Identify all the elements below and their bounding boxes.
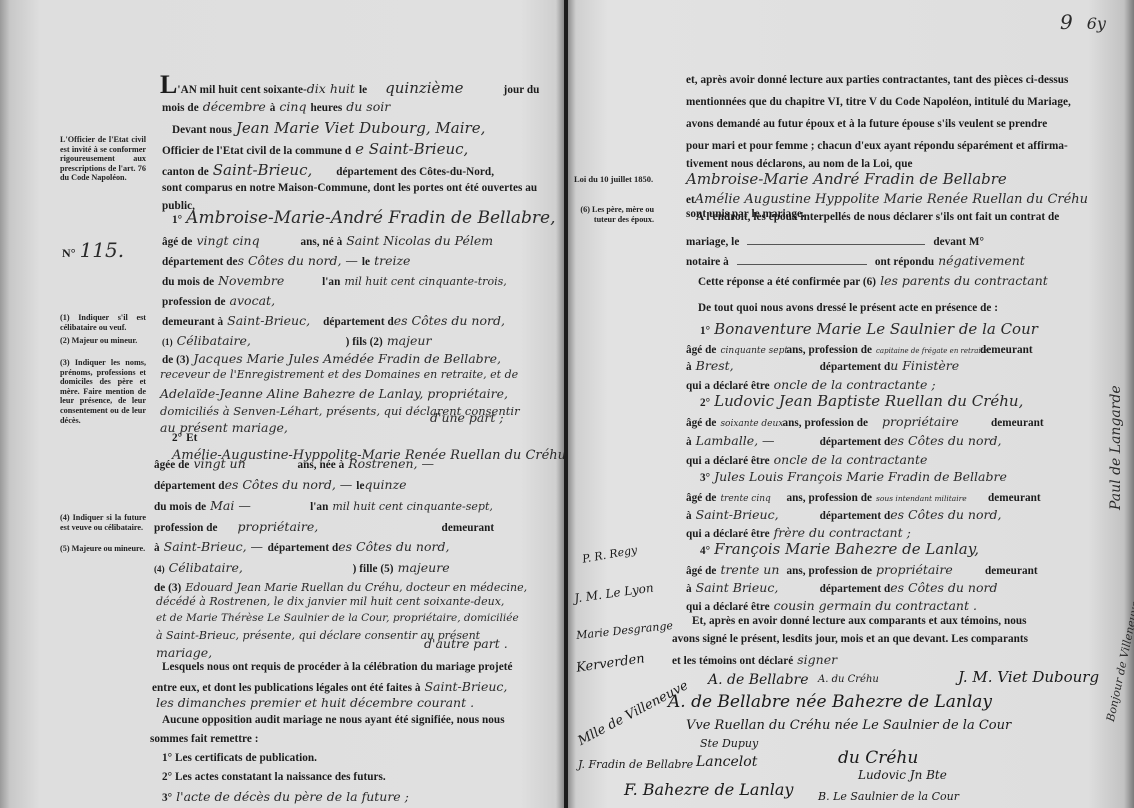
- bride-age-line: âgée de vingt un ans, née à Rostrenen, —: [154, 455, 434, 473]
- witness-4-age-line: âgé de trente un ans, profession de prop…: [686, 561, 1038, 579]
- margin-note-1: (1) Indiquer s'il est célibataire ou veu…: [60, 313, 146, 332]
- reading-line-1: et, après avoir donné lecture aux partie…: [686, 74, 1068, 86]
- reading-line-4: pour mari et pour femme ; chacun d'eux a…: [686, 140, 1068, 152]
- signature: P. R. Regy: [581, 543, 638, 565]
- bride-name-declared: etAmélie Augustine Hyppolite Marie Renée…: [686, 190, 1088, 208]
- signature: F. Bahezre de Lanlay: [624, 780, 793, 799]
- contract-line-2: mariage, le devant M°: [686, 232, 984, 250]
- publications-line-1: Lesquels nous ont requis de procéder à l…: [162, 661, 513, 673]
- publications-line-2: entre eux, et dont les publications léga…: [152, 678, 507, 696]
- signature: Marie Desgrange: [576, 619, 674, 642]
- bride-dept-line: département des Côtes du nord, — lequinz…: [154, 476, 407, 494]
- groom-parents-line-3: Adelaïde-Jeanne Aline Bahezre de Lanlay,…: [160, 386, 508, 401]
- groom-parents-line-1: de (3) Jacques Marie Jules Amédée Fradin…: [162, 350, 501, 368]
- signature: J. M. Le Lyon: [573, 581, 654, 606]
- contract-line-4: Cette réponse a été confirmée par (6) le…: [698, 272, 1048, 290]
- intro-line-4: Officier de l'Etat civil de la commune d…: [162, 140, 468, 159]
- reading-line-3: avons demandé au futur époux et à la fut…: [686, 118, 1047, 130]
- bride-birth-month-line: du mois de Mai — l'an mil huit cent cinq…: [154, 497, 493, 515]
- groom-residence-line: demeurant à Saint-Brieuc, département de…: [162, 312, 505, 330]
- document-item-1: 1° Les certificats de publication.: [162, 752, 317, 764]
- signature: A. de Bellabre née Bahezre de Lanlay: [668, 692, 992, 712]
- bride-parents-line-1: de (3) Edouard Jean Marie Ruellan du Cré…: [154, 578, 527, 596]
- groom-parents-line-2: receveur de l'Enregistrement et des Doma…: [160, 368, 518, 381]
- margin-vertical-note-2: Bonjour de Villeneuve: [1104, 600, 1134, 723]
- signature: Kerverden: [575, 651, 645, 675]
- intro-line-1: L'AN mil huit cent soixante-dix huit le …: [160, 74, 539, 98]
- closing-line-3: et les témoins ont déclaré signer: [672, 651, 837, 669]
- witness-4-relation-line: qui a déclaré être cousin germain du con…: [686, 597, 977, 615]
- contract-line-3: notaire à ont répondu négativement: [686, 252, 1025, 270]
- groom-name-declared: Ambroise-Marie André Fradin de Bellabre: [686, 170, 1007, 188]
- bride-parents-line-5: mariage,: [156, 645, 212, 660]
- witness-3-residence-line: à Saint-Brieuc, département des Côtes du…: [686, 506, 1001, 524]
- right-page: 9 6y Loi du 10 juillet 1850. (6) Les pèr…: [568, 0, 1134, 808]
- margin-note-article-76: L'Officier de l'Etat civil est invité à …: [60, 135, 146, 183]
- margin-note-5: (5) Majeure ou mineure.: [60, 544, 146, 554]
- signature: A. de Bellabre: [708, 672, 809, 688]
- witness-3-name-line: 3° Jules Louis François Marie Fradin de …: [700, 468, 1007, 486]
- bride-part-label: d'autre part .: [424, 636, 508, 651]
- bride-residence-line: à Saint-Brieuc, — département des Côtes …: [154, 538, 449, 556]
- groom-birth-month-line: du mois de Novembre l'an mil huit cent c…: [162, 272, 507, 290]
- witness-2-name-line: 2° Ludovic Jean Baptiste Ruellan du Créh…: [700, 392, 1023, 411]
- reading-line-5: tivement nous déclarons, au nom de la Lo…: [686, 158, 913, 170]
- witness-4-name-line: 4° François Marie Bahezre de Lanlay,: [700, 540, 979, 559]
- margin-note-6: (6) Les père, mère ou tuteur des époux.: [574, 205, 654, 224]
- publications-line-3: les dimanches premier et huit décembre c…: [156, 695, 474, 710]
- closing-line-1: Et, après en avoir donné lecture aux com…: [692, 615, 1027, 627]
- signature: J. Fradin de Bellabre: [578, 758, 693, 771]
- witness-2-relation-line: qui a déclaré être oncle de la contracta…: [686, 451, 927, 469]
- margin-note-3: (3) Indiquer les noms, prénoms, professi…: [60, 358, 146, 425]
- groom-name-line: 1° Ambroise-Marie-André Fradin de Bellab…: [172, 208, 556, 228]
- witnesses-intro: De tout quoi nous avons dressé le présen…: [698, 302, 998, 314]
- signature: J. M. Viet Dubourg: [958, 668, 1099, 686]
- witness-1-residence-line: à Brest, département du Finistère: [686, 357, 959, 375]
- groom-age-line: âgé de vingt cinq ans, né à Saint Nicola…: [162, 232, 493, 250]
- bride-status-line: (4) Célibataire, ) fille (5) majeure: [154, 559, 450, 577]
- document-item-3: 3° l'acte de décès du père de la future …: [162, 788, 409, 806]
- margin-note-2: (2) Majeur ou mineur.: [60, 336, 146, 346]
- opposition-line-1: Aucune opposition audit mariage ne nous …: [162, 714, 505, 726]
- signature: Ste Dupuy: [700, 737, 758, 750]
- witness-3-age-line: âgé de trente cinq ans, profession de so…: [686, 488, 1041, 506]
- closing-line-2: avons signé le présent, lesdits jour, mo…: [672, 633, 1028, 645]
- bride-parents-line-2: décédé à Rostrenen, le dix janvier mil h…: [156, 595, 504, 608]
- intro-line-6: sont comparus en notre Maison-Commune, d…: [162, 182, 537, 194]
- opposition-line-2: sommes fait remettre :: [150, 733, 258, 745]
- document-item-2: 2° Les actes constatant la naissance des…: [162, 771, 386, 783]
- groom-status-line: (1) Célibataire, ) fils (2) majeur: [162, 332, 431, 350]
- act-number: N° 115.: [62, 238, 124, 262]
- signature: Lancelot: [696, 754, 757, 770]
- witness-4-residence-line: à Saint Brieuc, département des Côtes du…: [686, 579, 997, 597]
- contract-line-1: A l'endroit, les époux interpellés de no…: [696, 211, 1059, 223]
- signature: A. du Créhu: [818, 674, 879, 685]
- witness-2-age-line: âgé de soixante deux ans, profession de …: [686, 413, 1044, 431]
- groom-part-label: d'une part ;: [430, 410, 504, 425]
- intro-line-5: canton de Saint-Brieuc, département des …: [162, 161, 494, 180]
- margin-vertical-note: Paul de Langarde: [1108, 385, 1124, 510]
- bride-parents-line-3: et de Marie Thérèse Le Saulnier de la Co…: [156, 612, 519, 624]
- intro-line-2: mois de décembre à cinq heures du soir: [162, 98, 390, 116]
- groom-dept-line: département des Côtes du nord, — le trei…: [162, 252, 410, 270]
- margin-note-law-1850: Loi du 10 juillet 1850.: [574, 175, 654, 185]
- left-page: L'Officier de l'Etat civil est invité à …: [0, 0, 564, 808]
- intro-line-3: Devant nous Jean Marie Viet Dubourg, Mai…: [172, 119, 485, 138]
- witness-2-residence-line: à Lamballe, — département des Côtes du n…: [686, 432, 1001, 450]
- signature: Mlle de Villeneuve: [576, 678, 691, 749]
- reading-line-2: mentionnées que du chapitre VI, titre V …: [686, 96, 1071, 108]
- witness-1-age-line: âgé de cinquante sept ans, profession de…: [686, 340, 1033, 358]
- margin-note-4: (4) Indiquer si la future est veuve ou c…: [60, 513, 146, 532]
- page-number: 9 6y: [1060, 10, 1106, 34]
- signature: Vve Ruellan du Créhu née Le Saulnier de …: [686, 718, 1011, 733]
- signature: du Créhu: [838, 748, 918, 768]
- signature: B. Le Saulnier de la Cour: [818, 790, 959, 803]
- groom-profession-line: profession de avocat,: [162, 292, 275, 310]
- signature: Ludovic Jn Bte: [858, 768, 947, 782]
- bride-profession-line: profession de propriétaire, demeurant: [154, 518, 494, 536]
- witness-1-name-line: 1° Bonaventure Marie Le Saulnier de la C…: [700, 320, 1038, 339]
